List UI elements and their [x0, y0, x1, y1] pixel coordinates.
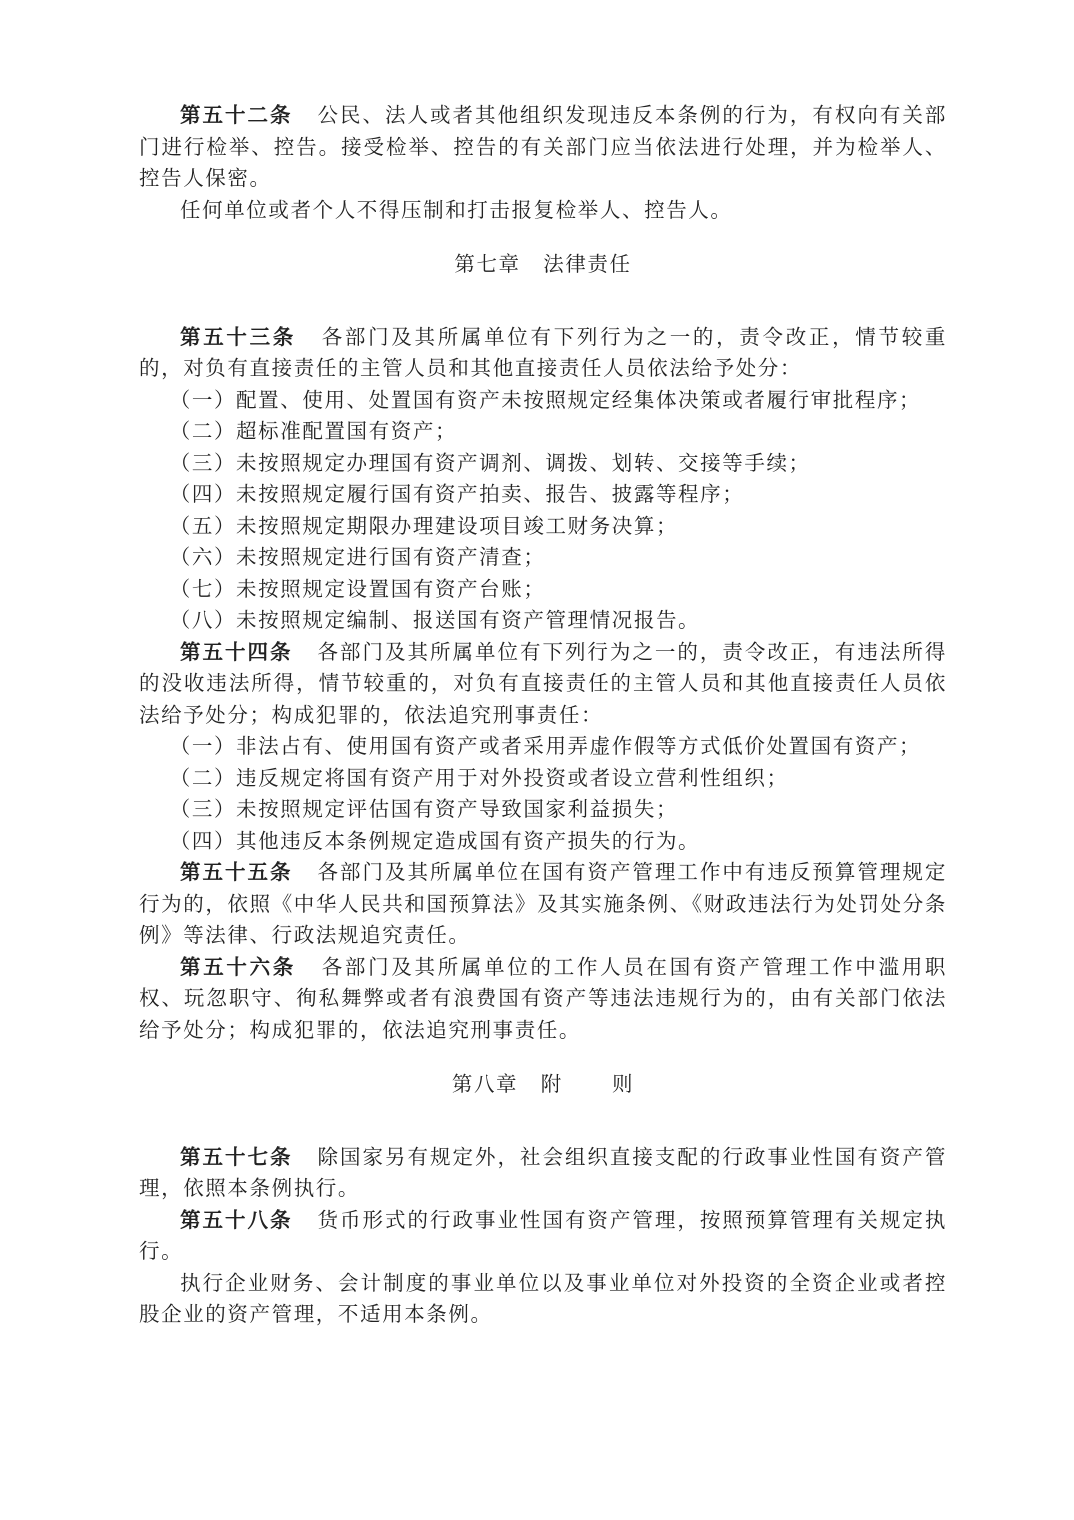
list-item: （四）其他违反本条例规定造成国有资产损失的行为。	[139, 826, 947, 858]
article-58: 第五十八条货币形式的行政事业性国有资产管理，按照预算管理有关规定执行。	[139, 1205, 947, 1268]
paragraph-text: 执行企业财务、会计制度的事业单位以及事业单位对外投资的全资企业或者控股企业的资产…	[139, 1271, 947, 1327]
list-item: （七）未按照规定设置国有资产台账；	[139, 574, 947, 606]
chapter-title: 法律责任	[543, 252, 631, 276]
article-label: 第五十三条	[180, 325, 296, 349]
document-page: 第五十二条公民、法人或者其他组织发现违反本条例的行为，有权向有关部门进行检举、控…	[139, 100, 947, 1331]
paragraph-text: 任何单位或者个人不得压制和打击报复检举人、控告人。	[180, 198, 733, 222]
chapter-title-part1: 附	[541, 1072, 563, 1096]
article-label: 第五十五条	[180, 860, 292, 884]
article-label: 第五十二条	[180, 103, 292, 127]
list-item: （二）超标准配置国有资产；	[139, 416, 947, 448]
paragraph: 任何单位或者个人不得压制和打击报复检举人、控告人。	[139, 195, 947, 227]
chapter-heading-7: 第七章法律责任	[139, 226, 947, 322]
article-53: 第五十三条各部门及其所属单位有下列行为之一的，责令改正，情节较重的，对负有直接责…	[139, 322, 947, 385]
article-55: 第五十五条各部门及其所属单位在国有资产管理工作中有违反预算管理规定行为的，依照《…	[139, 857, 947, 952]
list-item: （六）未按照规定进行国有资产清查；	[139, 542, 947, 574]
list-item: （一）非法占有、使用国有资产或者采用弄虚作假等方式低价处置国有资产；	[139, 731, 947, 763]
article-label: 第五十八条	[180, 1208, 292, 1232]
list-item: （四）未按照规定履行国有资产拍卖、报告、披露等程序；	[139, 479, 947, 511]
paragraph: 执行企业财务、会计制度的事业单位以及事业单位对外投资的全资企业或者控股企业的资产…	[139, 1268, 947, 1331]
chapter-number: 第七章	[454, 252, 520, 276]
article-56: 第五十六条各部门及其所属单位的工作人员在国有资产管理工作中滥用职权、玩忽职守、徇…	[139, 952, 947, 1047]
list-item: （三）未按照规定办理国有资产调剂、调拨、划转、交接等手续；	[139, 448, 947, 480]
list-item: （二）违反规定将国有资产用于对外投资或者设立营利性组织；	[139, 763, 947, 795]
chapter-title-part2: 则	[612, 1072, 634, 1096]
list-item: （八）未按照规定编制、报送国有资产管理情况报告。	[139, 605, 947, 637]
list-item: （一）配置、使用、处置国有资产未按照规定经集体决策或者履行审批程序；	[139, 385, 947, 417]
chapter-number: 第八章	[452, 1072, 518, 1096]
list-item: （三）未按照规定评估国有资产导致国家利益损失；	[139, 794, 947, 826]
article-label: 第五十四条	[180, 640, 292, 664]
chapter-heading-8: 第八章附则	[139, 1046, 947, 1142]
article-54: 第五十四条各部门及其所属单位有下列行为之一的，责令改正，有违法所得的没收违法所得…	[139, 637, 947, 732]
article-57: 第五十七条除国家另有规定外，社会组织直接支配的行政事业性国有资产管理，依照本条例…	[139, 1142, 947, 1205]
article-label: 第五十七条	[180, 1145, 292, 1169]
list-item: （五）未按照规定期限办理建设项目竣工财务决算；	[139, 511, 947, 543]
article-label: 第五十六条	[180, 955, 296, 979]
article-52: 第五十二条公民、法人或者其他组织发现违反本条例的行为，有权向有关部门进行检举、控…	[139, 100, 947, 195]
